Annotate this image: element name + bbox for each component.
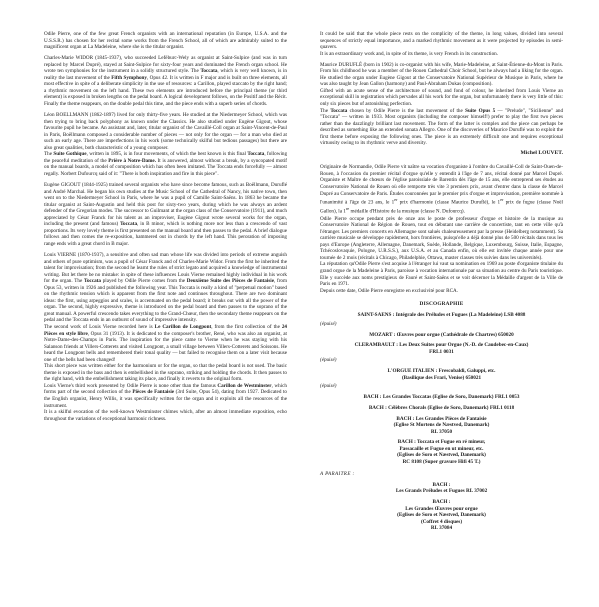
entry-line: RL 37084 <box>320 525 563 531</box>
discography-entry: L'ORGUE ITALIEN : Frescobaldi, Galuppi, … <box>320 368 563 381</box>
paragraph: Gifted with an acute sense of the archit… <box>320 88 563 108</box>
entry-line: MOZART : Œuvres pour orgue (Cathédrale d… <box>320 332 563 338</box>
forthcoming-label: A PARAITRE : <box>320 471 563 478</box>
paragraph: La réputation qu'Odile Pierre s'est acqu… <box>320 261 563 287</box>
paragraph: Originaire de Normandie, Odile Pierre vi… <box>320 164 563 215</box>
entry-line: FRL1 0031 <box>320 349 563 355</box>
forthcoming-list: BACH :Les Grands Préludes et Fugues RL 3… <box>320 482 563 531</box>
paragraph: The second work of Louis Vierne recorded… <box>44 324 287 363</box>
paragraph: Depuis cette date, Odile Pierre enregist… <box>320 288 563 295</box>
entry-line: Les Grands Préludes et Fugues RL 37002 <box>320 488 563 494</box>
entry-line: SAINT-SAENS : Intégrale des Préludes et … <box>320 312 563 318</box>
paragraph: Louis Vierne's third work presented by O… <box>44 383 287 409</box>
paragraph: It is an extraordinary work and, in spit… <box>320 51 563 58</box>
entry-line: BACH : Les Grandes Toccatas (Eglise de S… <box>320 394 563 400</box>
discography-entry: MOZART : Œuvres pour orgue (Cathédrale d… <box>320 332 563 338</box>
paragraph: It could be said that the whole piece re… <box>320 31 563 51</box>
discography-entry: BACH : Les Grandes Pièces de Fantaisie(E… <box>320 416 563 435</box>
paragraph: Maurice DURUFLÉ (born in 1902) is co-org… <box>320 62 563 88</box>
paragraph: Eugène GIGOUT (1844-1925) trained severa… <box>44 182 287 247</box>
entry-line: (Basilique des Frari, Venise) 650021 <box>320 375 563 381</box>
entry-line: BACH : Célèbres Chorals (Eglise de Soro,… <box>320 405 563 411</box>
out-of-print-note: (épuisé) <box>320 321 563 327</box>
discography-entry: BACH : Célèbres Chorals (Eglise de Soro,… <box>320 405 563 411</box>
left-column: Odile Pierre, one of the few great Frenc… <box>44 31 287 422</box>
out-of-print-note: (épuisé) <box>320 357 563 363</box>
discography-list: SAINT-SAENS : Intégrale des Préludes et … <box>320 312 563 465</box>
paragraph: It is a skilful evocation of the well-kn… <box>44 409 287 422</box>
entry-line: RL 37050 <box>320 429 563 435</box>
paragraph: The Suite Gothique, written in 1895, is … <box>44 151 287 177</box>
paragraph: Léon BOELLMANN (1862-1897) lived for onl… <box>44 112 287 151</box>
paragraph: This short piece was written either for … <box>44 363 287 383</box>
discography-title: DISCOGRAPHIE <box>320 301 563 308</box>
discography-entry: BACH :Les Grandes Œuvres pour orgue(Egli… <box>320 499 563 531</box>
english-notes-continued: It could be said that the whole piece re… <box>320 31 563 147</box>
paragraph: Louis VIERNE (1870-1937), a sensitive an… <box>44 252 287 324</box>
paragraph: The Toccata chosen by Odile Pierre is th… <box>320 108 563 147</box>
paragraph: Charles-Marie WIDOR (1845-1937), who suc… <box>44 55 287 107</box>
discography-entry: CLERAMBAULT : Les Deux Suites pour Orgue… <box>320 342 563 355</box>
french-biography: Originaire de Normandie, Odile Pierre vi… <box>320 164 563 294</box>
entry-line: CLERAMBAULT : Les Deux Suites pour Orgue… <box>320 342 563 348</box>
discography-entry: BACH : Toccata et Fugue en ré mineur,Pas… <box>320 439 563 465</box>
discography-entry: BACH : Les Grandes Toccatas (Eglise de S… <box>320 394 563 400</box>
out-of-print-note: (épuisé) <box>320 383 563 389</box>
paragraph: Odile Pierre, one of the few great Frenc… <box>44 31 287 51</box>
paragraph: Odile Pierre occupe pendant près de onze… <box>320 216 563 262</box>
discography-entry: BACH :Les Grands Préludes et Fugues RL 3… <box>320 482 563 495</box>
right-column: It could be said that the whole piece re… <box>320 31 563 531</box>
discography-entry: SAINT-SAENS : Intégrale des Préludes et … <box>320 312 563 318</box>
author-signature: Michel LOUVET. <box>320 150 563 157</box>
entry-line: RC 8108 (Super gravure Hifi 45 T.) <box>320 459 563 465</box>
